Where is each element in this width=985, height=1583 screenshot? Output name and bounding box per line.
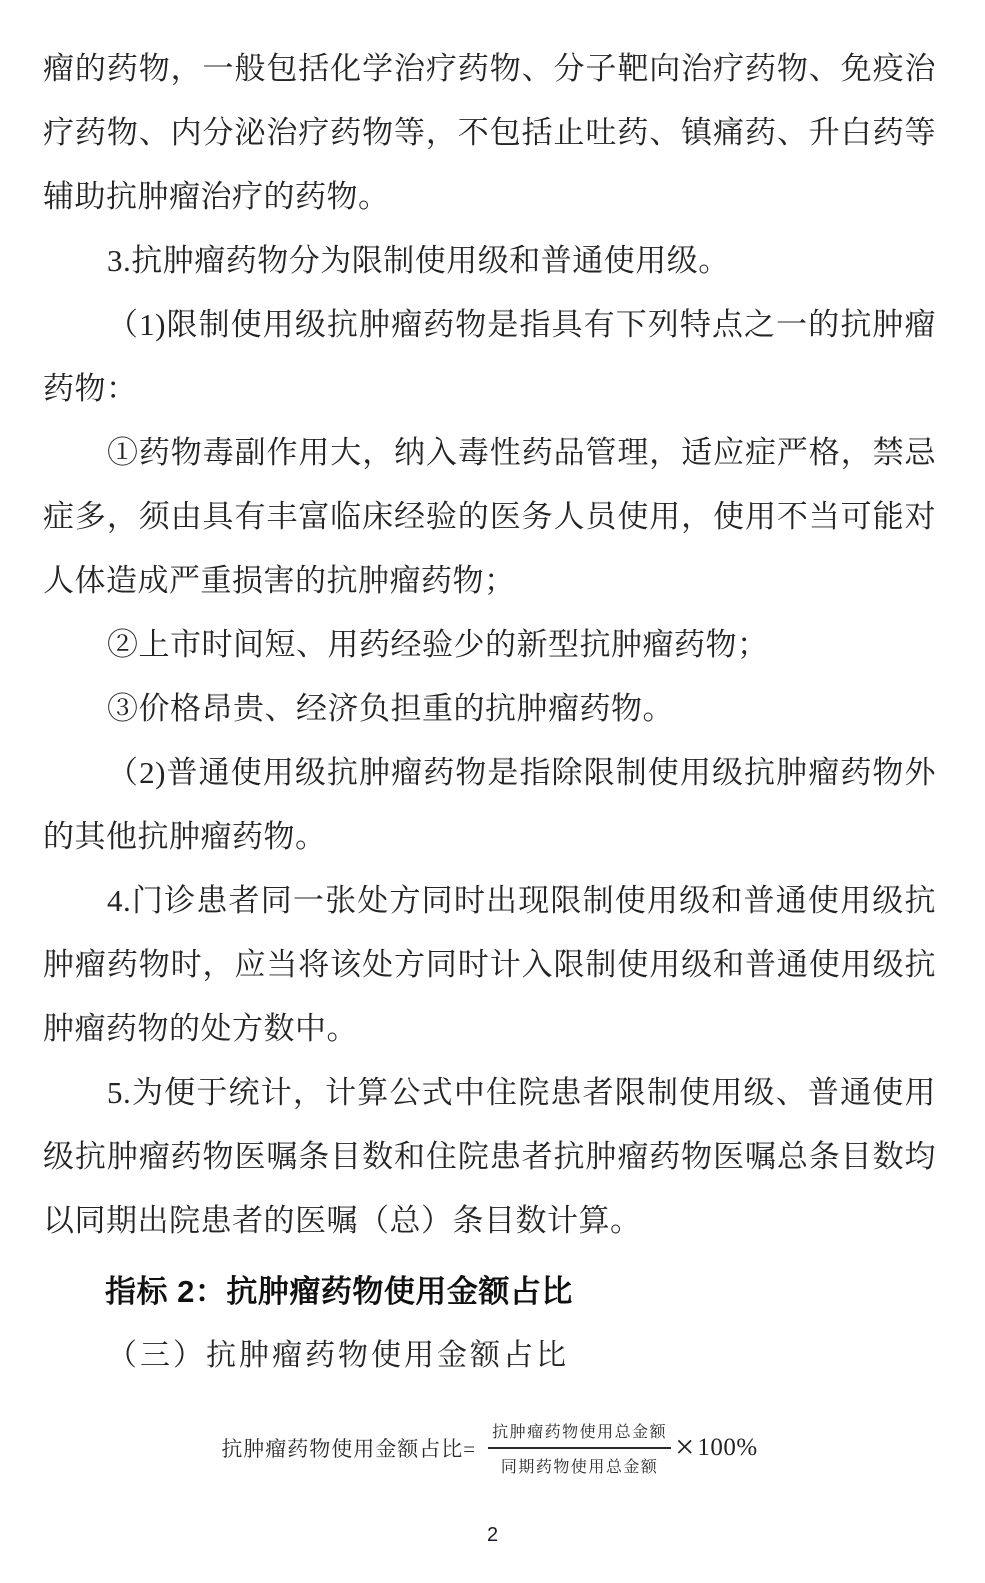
formula-label: 抗肿瘤药物使用金额占比= xyxy=(221,1433,476,1463)
text-line: 瘤的药物，一般包括化学治疗药物、分子靶向治疗药物、免疫治 xyxy=(43,37,936,101)
multiplication-sign: × xyxy=(675,1431,694,1465)
text-line: 以同期出院患者的医嘱（总）条目数计算。 xyxy=(43,1189,936,1253)
text-line: 级抗肿瘤药物医嘱条目数和住院患者抗肿瘤药物医嘱总条目数均 xyxy=(43,1125,936,1189)
section-heading-three: （三）抗肿瘤药物使用金额占比 xyxy=(43,1324,936,1388)
text-line: 人体造成严重损害的抗肿瘤药物； xyxy=(43,549,936,613)
page-number: 2 xyxy=(0,1524,985,1547)
formula-fraction: 抗肿瘤药物使用总金额 同期药物使用总金额 xyxy=(488,1419,671,1477)
text-line: 辅助抗肿瘤治疗的药物。 xyxy=(43,165,936,229)
document-page: 瘤的药物，一般包括化学治疗药物、分子靶向治疗药物、免疫治 疗药物、内分泌治疗药物… xyxy=(0,0,985,1583)
text-line: 疗药物、内分泌治疗药物等，不包括止吐药、镇痛药、升白药等 xyxy=(43,101,936,165)
fraction-numerator: 抗肿瘤药物使用总金额 xyxy=(488,1419,671,1449)
text-line: ②上市时间短、用药经验少的新型抗肿瘤药物； xyxy=(43,613,936,677)
formula-multiplier: × 100% xyxy=(675,1431,758,1465)
section-heading-indicator-2: 指标 2：抗肿瘤药物使用金额占比 xyxy=(43,1260,936,1324)
text-line: 5.为便于统计，计算公式中住院患者限制使用级、普通使用 xyxy=(43,1061,936,1125)
text-line: ①药物毒副作用大，纳入毒性药品管理，适应症严格，禁忌 xyxy=(43,421,936,485)
text-line: 4.门诊患者同一张处方同时出现限制使用级和普通使用级抗 xyxy=(43,869,936,933)
text-line: 症多，须由具有丰富临床经验的医务人员使用，使用不当可能对 xyxy=(43,485,936,549)
text-line: 肿瘤药物时，应当将该处方同时计入限制使用级和普通使用级抗 xyxy=(43,933,936,997)
text-line: 药物： xyxy=(43,357,936,421)
body-text: 瘤的药物，一般包括化学治疗药物、分子靶向治疗药物、免疫治 疗药物、内分泌治疗药物… xyxy=(43,37,936,1488)
percent-value: 100% xyxy=(697,1434,757,1462)
text-line: （1)限制使用级抗肿瘤药物是指具有下列特点之一的抗肿瘤 xyxy=(43,293,936,357)
formula: 抗肿瘤药物使用金额占比= 抗肿瘤药物使用总金额 同期药物使用总金额 × 100% xyxy=(43,1408,936,1488)
text-line: 的其他抗肿瘤药物。 xyxy=(43,805,936,869)
text-line: 3.抗肿瘤药物分为限制使用级和普通使用级。 xyxy=(43,229,936,293)
text-line: 肿瘤药物的处方数中。 xyxy=(43,997,936,1061)
fraction-denominator: 同期药物使用总金额 xyxy=(501,1449,659,1477)
text-line: （2)普通使用级抗肿瘤药物是指除限制使用级抗肿瘤药物外 xyxy=(43,741,936,805)
text-line: ③价格昂贵、经济负担重的抗肿瘤药物。 xyxy=(43,677,936,741)
